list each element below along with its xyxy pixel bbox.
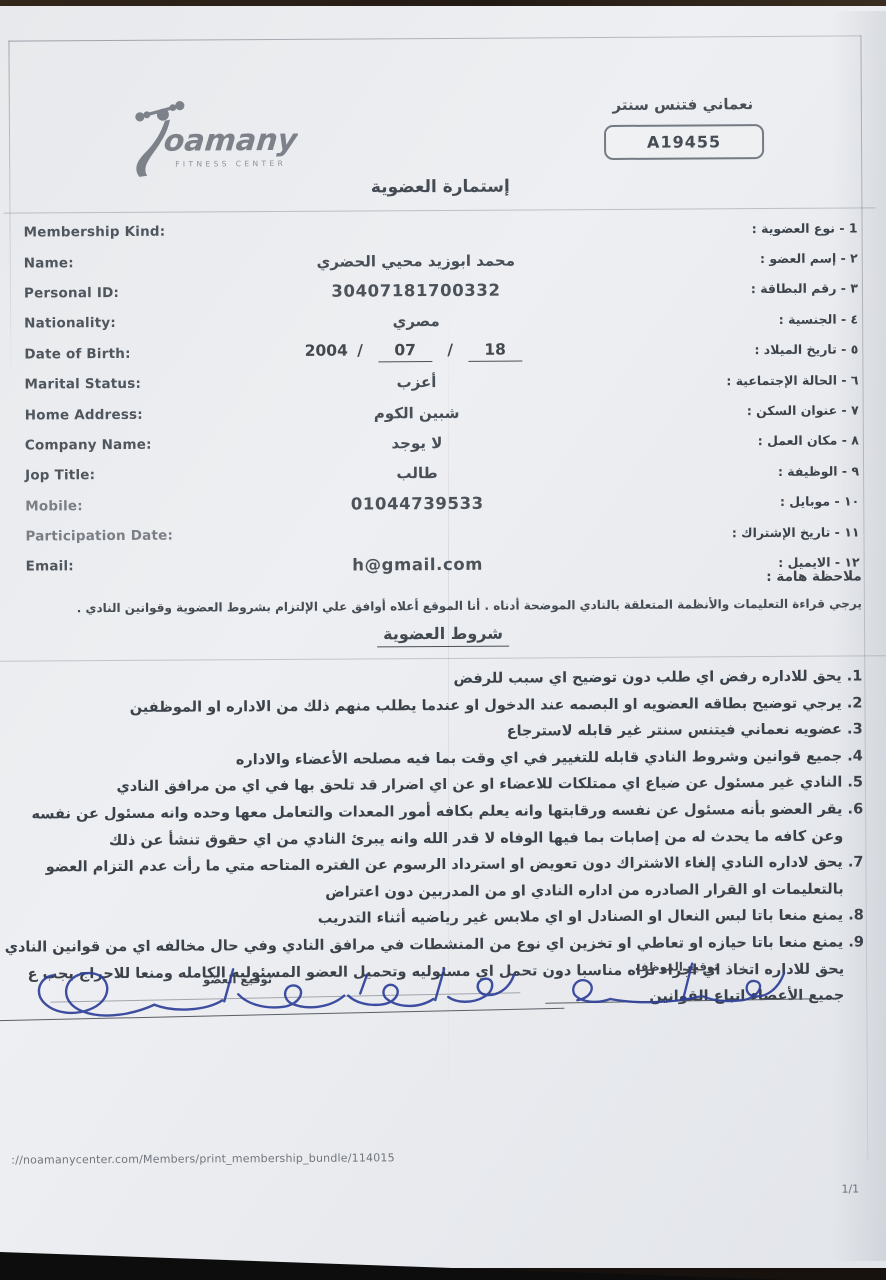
member-code: A19455 — [647, 132, 721, 151]
terms-separator-line — [0, 655, 886, 661]
photo-background-top — [0, 0, 886, 6]
scanned-document: oamany FITNESS CENTER نعماني فتنس سنتر A… — [0, 0, 886, 1280]
field-value: 30407181700332 — [209, 280, 623, 302]
dob-separator: / — [447, 341, 453, 359]
field-label-ar: ٢ - إسم العضو : — [623, 251, 858, 267]
page-content: oamany FITNESS CENTER نعماني فتنس سنتر A… — [0, 2, 886, 1270]
field-label-en: Date of Birth: — [24, 345, 209, 362]
field-label-en: Nationality: — [24, 315, 209, 332]
field-label-ar: ٣ - رقم البطاقة : — [623, 281, 858, 297]
important-note: ملاحظة هامة : يرجي قراءة التعليمات والأن… — [0, 568, 862, 615]
brand-name-arabic: نعماني فتنس سنتر — [597, 95, 769, 114]
terms-title-wrap: شروط العضوية — [0, 621, 886, 649]
field-label-en: Mobile: — [25, 497, 210, 514]
field-value: طالب — [210, 463, 624, 484]
field-value: محمد ابوزيد محيي الحضري — [209, 250, 623, 271]
field-label-ar: ٦ - الحالة الإجتماعية : — [623, 372, 858, 388]
form-title: إستمارة العضوية — [0, 174, 883, 199]
dob-separator: / — [357, 342, 363, 360]
field-label-en: Marital Status: — [24, 376, 209, 393]
logo-wordmark-svg: oamany — [162, 123, 298, 159]
field-label-en: Name: — [24, 254, 209, 271]
page-number: 1/1 — [841, 1182, 859, 1195]
field-value: أعزب — [209, 372, 623, 393]
member-signature-ink — [14, 946, 535, 1049]
field-value: 01044739533 — [210, 493, 624, 515]
logo-subtitle-svg: FITNESS CENTER — [175, 159, 286, 169]
field-label-ar: 1 - نوع العضوية : — [623, 220, 858, 236]
field-label-ar: ١١ - تاريخ الإشتراك : — [624, 524, 859, 540]
field-label-ar: ٩ - الوظيفة : — [624, 463, 859, 479]
noamany-logo: oamany FITNESS CENTER — [113, 92, 299, 183]
lifter-icon: oamany FITNESS CENTER — [113, 92, 299, 183]
terms-title: شروط العضوية — [377, 624, 509, 648]
field-label-en: Company Name: — [25, 436, 210, 453]
term-item: 7. يحق لاداره النادي إلغاء الاشتراك دون … — [3, 850, 863, 908]
logo-wordmark: oamany — [162, 123, 298, 159]
page-border-top — [8, 35, 861, 41]
field-value: شبين الكوم — [210, 402, 624, 423]
member-code-box: A19455 — [604, 124, 764, 160]
field-value-dob: 2004 / 07 / 18 — [209, 340, 623, 364]
membership-fields: Membership Kind: 1 - نوع العضوية : Name:… — [24, 212, 860, 582]
field-label-en: Membership Kind: — [24, 224, 209, 241]
note-text: يرجي قراءة التعليمات والأنظمة المتعلقة ب… — [0, 596, 862, 615]
print-url: ://noamanycenter.com/Members/print_membe… — [11, 1151, 395, 1166]
employee-signature-ink — [540, 951, 810, 1017]
field-label-en: Participation Date: — [25, 528, 210, 545]
field-value — [209, 229, 623, 232]
field-value — [210, 533, 624, 536]
field-label-ar: ٥ - تاريخ الميلاد : — [623, 342, 858, 358]
field-label-ar: ٨ - مكان العمل : — [624, 433, 859, 449]
field-label-ar: ١٠ - موبايل : — [624, 494, 859, 510]
field-label-en: Personal ID: — [24, 284, 209, 301]
dob-day: 18 — [468, 341, 522, 362]
paper-sheet: oamany FITNESS CENTER نعماني فتنس سنتر A… — [0, 5, 886, 1268]
field-value: مصري — [209, 311, 623, 332]
dob-month: 07 — [378, 341, 432, 362]
dob-year: 2004 — [305, 342, 348, 360]
term-item: 6. يقر العضو بأنه مسئول عن نفسه ورقابتها… — [3, 796, 863, 854]
field-label-en: Jop Title: — [25, 467, 210, 484]
field-label-en: Home Address: — [25, 406, 210, 423]
field-value: لا يوجد — [210, 433, 624, 454]
field-label-ar: ٤ - الجنسية : — [623, 311, 858, 327]
field-label-ar: ٧ - عنوان السكن : — [624, 402, 859, 418]
